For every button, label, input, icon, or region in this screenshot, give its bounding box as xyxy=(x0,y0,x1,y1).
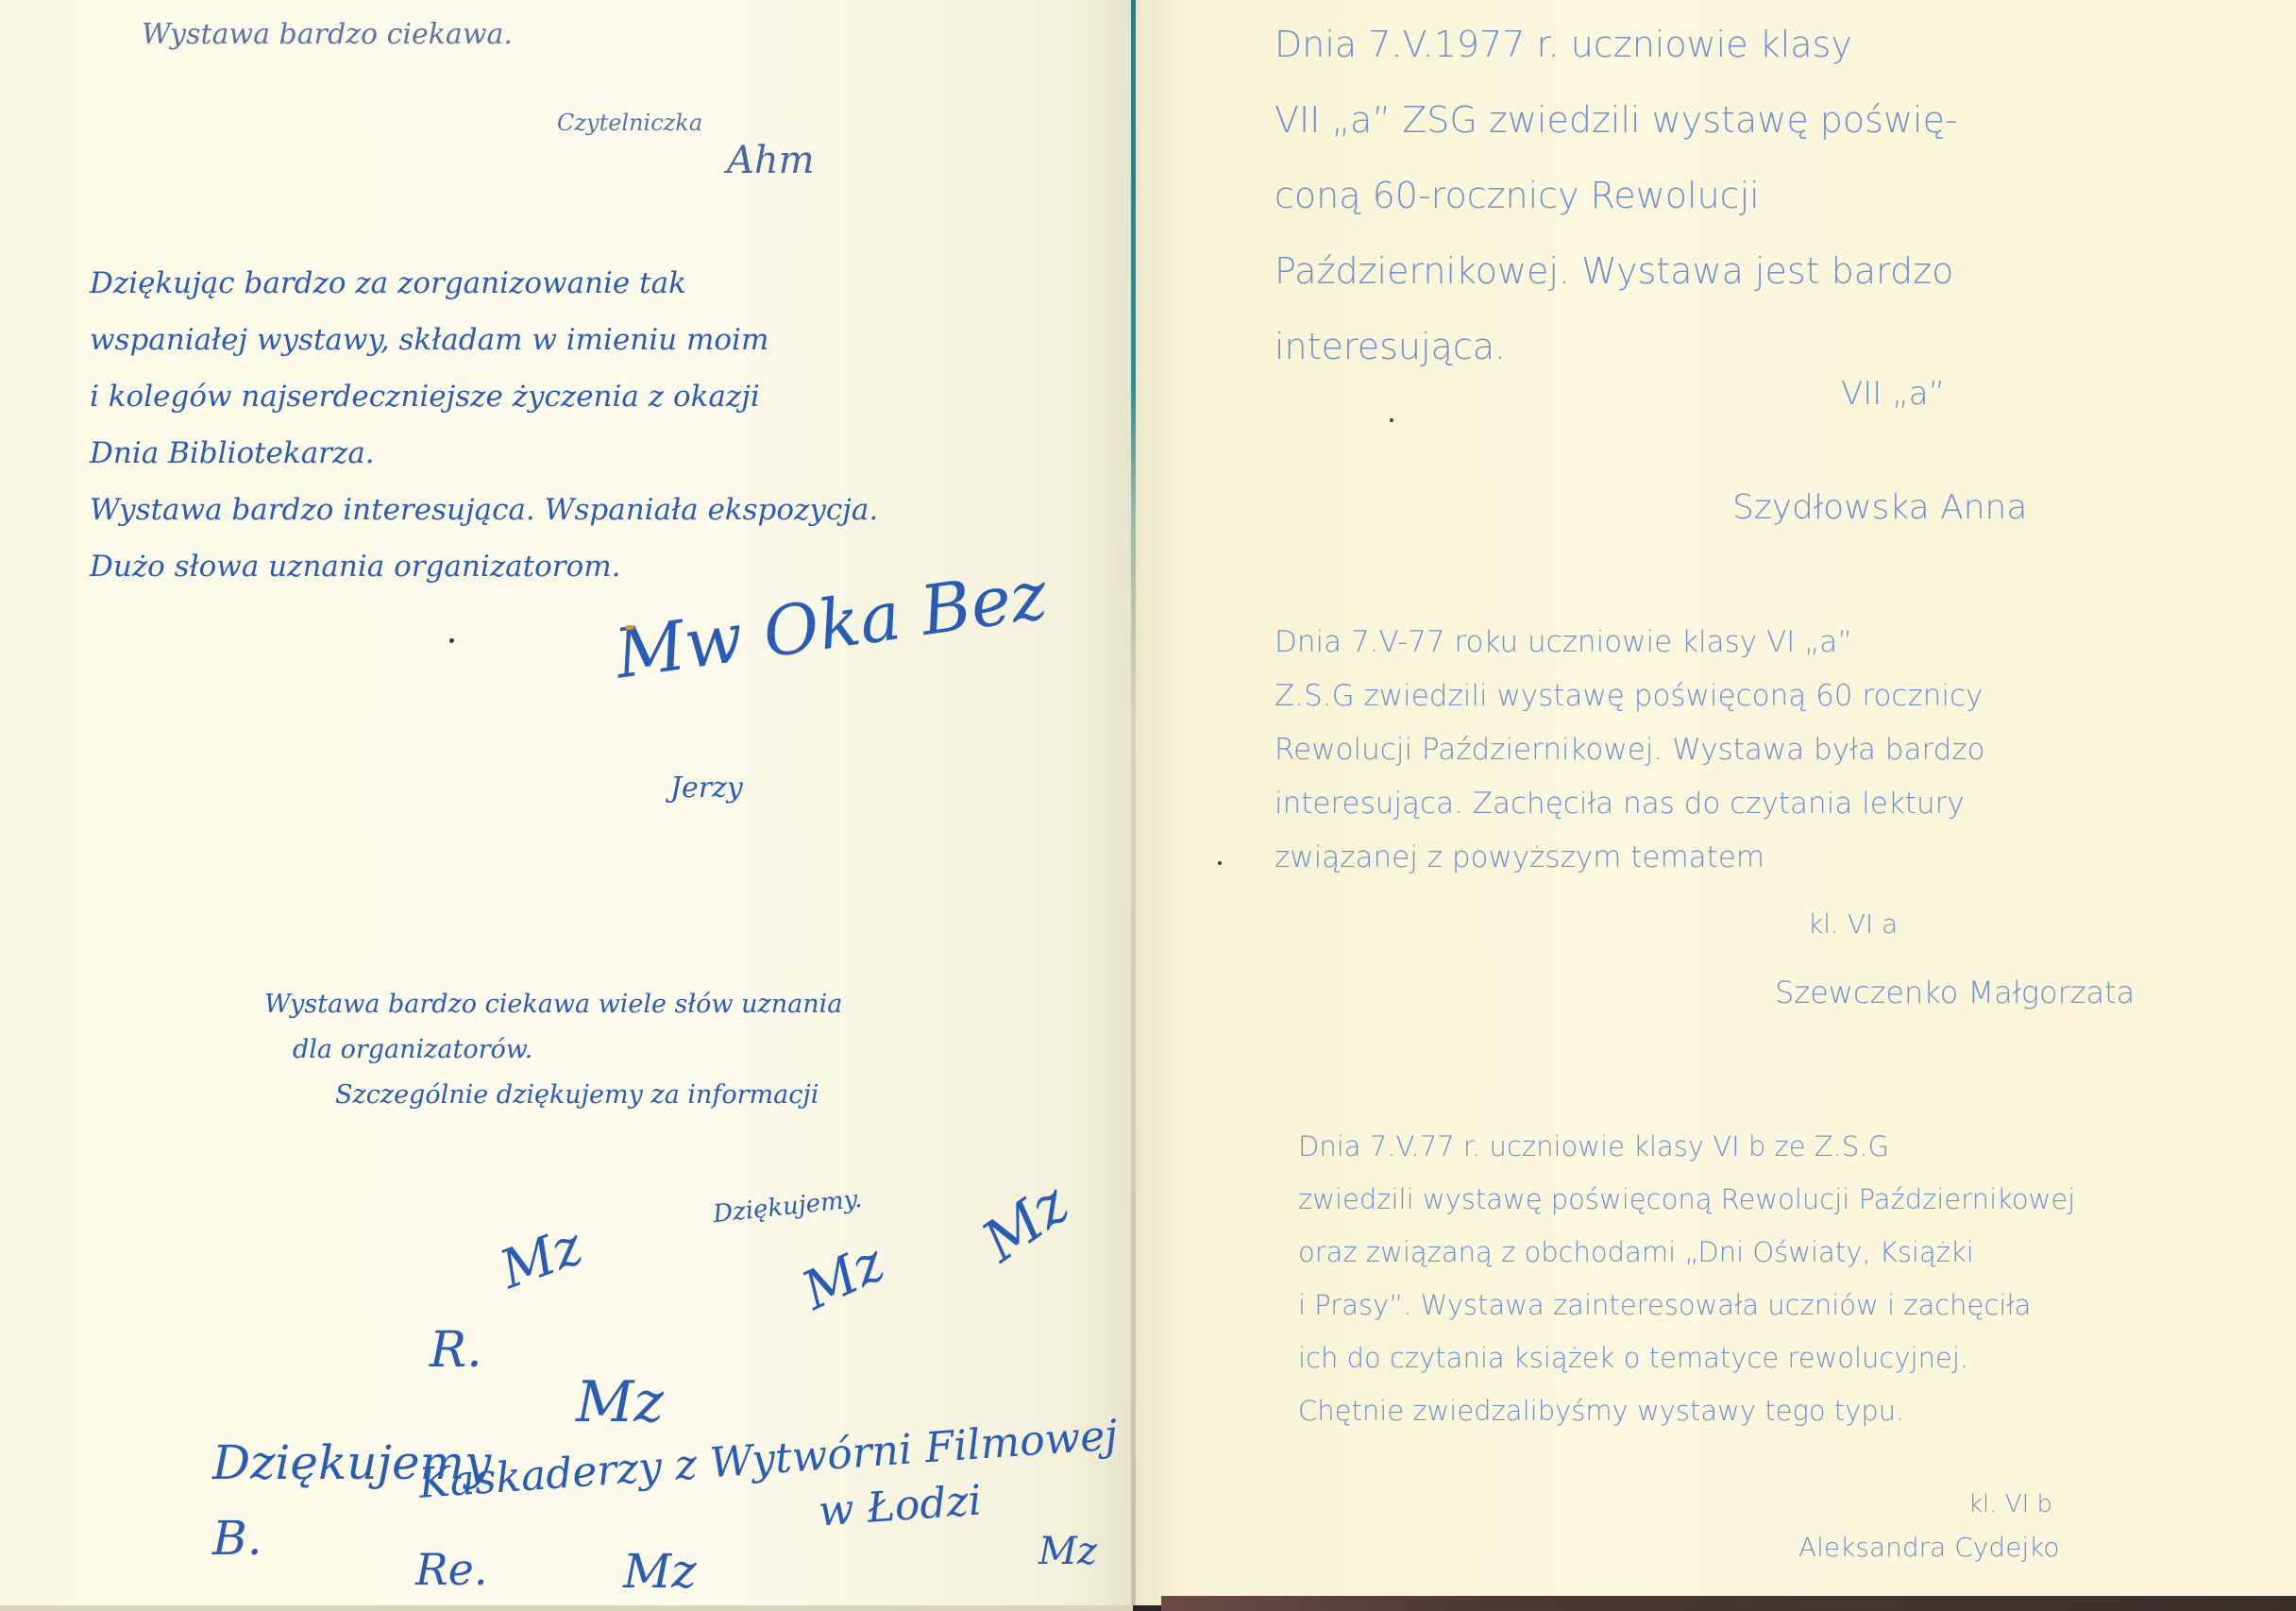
ink-stain xyxy=(625,625,634,630)
left-page-bottom-edge xyxy=(0,1605,1133,1611)
guestbook-spread: Wystawa bardzo ciekawa. Czytelniczka Ahm… xyxy=(0,0,2296,1611)
right-entry-3-name: Aleksandra Cydejko xyxy=(1798,1535,2059,1561)
entry-line: VII „a” ZSG zwiedzili wystawę poświę- xyxy=(1275,102,1958,178)
right-entry-1-class: VII „a” xyxy=(1841,378,1945,410)
right-entry-2: Dnia 7.V-77 roku uczniowie klasy VI „a” … xyxy=(1275,628,1985,897)
entry-line: interesująca. Zachęciła nas do czytania … xyxy=(1275,789,1985,843)
right-entry-3-class: kl. VI b xyxy=(1968,1492,2052,1517)
book-cover-edge xyxy=(1161,1596,2296,1611)
entry-line: Dnia 7.V.77 r. uczniowie klasy VI b ze Z… xyxy=(1298,1133,2075,1186)
left-page xyxy=(0,0,1133,1605)
entry-line: Wystawa bardzo ciekawa wiele słów uznani… xyxy=(264,992,842,1037)
entry-line: coną 60-rocznicy Rewolucji xyxy=(1275,178,1958,253)
entry-line: Chętnie zwiedzalibyśmy wystawy tego typu… xyxy=(1298,1398,2075,1450)
entry-line: Dnia 7.V.1977 r. uczniowie klasy xyxy=(1275,26,1958,102)
entry-line: Wystawa bardzo interesująca. Wspaniała e… xyxy=(90,496,878,552)
ink-dot xyxy=(449,638,454,643)
right-entry-2-class: kl. VI a xyxy=(1808,911,1898,938)
left-entry-3: Wystawa bardzo ciekawa wiele słów uznani… xyxy=(264,992,842,1128)
entry-line: Szczególnie dziękujemy za informacji xyxy=(264,1082,842,1128)
right-entry-2-name: Szewczenko Małgorzata xyxy=(1775,977,2135,1008)
signature: Mz xyxy=(576,1369,664,1435)
entry-line: i Prasy”. Wystawa zainteresowała uczniów… xyxy=(1298,1292,2075,1345)
entry-line: zwiedzili wystawę poświęconą Rewolucji P… xyxy=(1298,1186,2075,1239)
entry-line: Październikowej. Wystawa jest bardzo xyxy=(1275,253,1958,329)
signature: Mz xyxy=(623,1544,697,1599)
ink-dot xyxy=(1218,861,1222,865)
entry-line: ich do czytania książek o tematyce rewol… xyxy=(1298,1345,2075,1398)
right-entry-3: Dnia 7.V.77 r. uczniowie klasy VI b ze Z… xyxy=(1298,1133,2075,1450)
left-entry-1-role: Czytelniczka xyxy=(557,111,702,134)
entry-line: Dnia 7.V-77 roku uczniowie klasy VI „a” xyxy=(1275,628,1985,682)
signature: Mz xyxy=(1038,1530,1097,1573)
entry-line: dla organizatorów. xyxy=(264,1037,842,1082)
signature: R. xyxy=(430,1322,482,1379)
entry-line: wspaniałej wystawy, składam w imieniu mo… xyxy=(90,326,878,382)
ink-dot xyxy=(1390,418,1393,422)
entry-line: Z.S.G zwiedzili wystawę poświęconą 60 ro… xyxy=(1275,682,1985,736)
entry-line: Dziękując bardzo za zorganizowanie tak xyxy=(90,269,878,326)
left-entry-1-text: Wystawa bardzo ciekawa. xyxy=(142,21,513,49)
entry-line: związanej z powyższym tematem xyxy=(1275,843,1985,897)
entry-line: i kolegów najserdeczniejsze życzenia z o… xyxy=(90,382,878,439)
left-entry-1-signature: Ahm xyxy=(727,142,815,179)
entry-line: Rewolucji Październikowej. Wystawa była … xyxy=(1275,736,1985,789)
right-entry-1: Dnia 7.V.1977 r. uczniowie klasy VII „a”… xyxy=(1275,26,1958,404)
left-entry-2: Dziękując bardzo za zorganizowanie tak w… xyxy=(90,269,878,609)
left-entry-2-small-signature: Jerzy xyxy=(670,774,743,803)
entry-line: oraz związaną z obchodami „Dni Oświaty, … xyxy=(1298,1239,2075,1292)
signature: B. xyxy=(212,1511,262,1566)
right-entry-1-name: Szydłowska Anna xyxy=(1732,491,2027,525)
entry-line: Dnia Bibliotekarza. xyxy=(90,439,878,496)
